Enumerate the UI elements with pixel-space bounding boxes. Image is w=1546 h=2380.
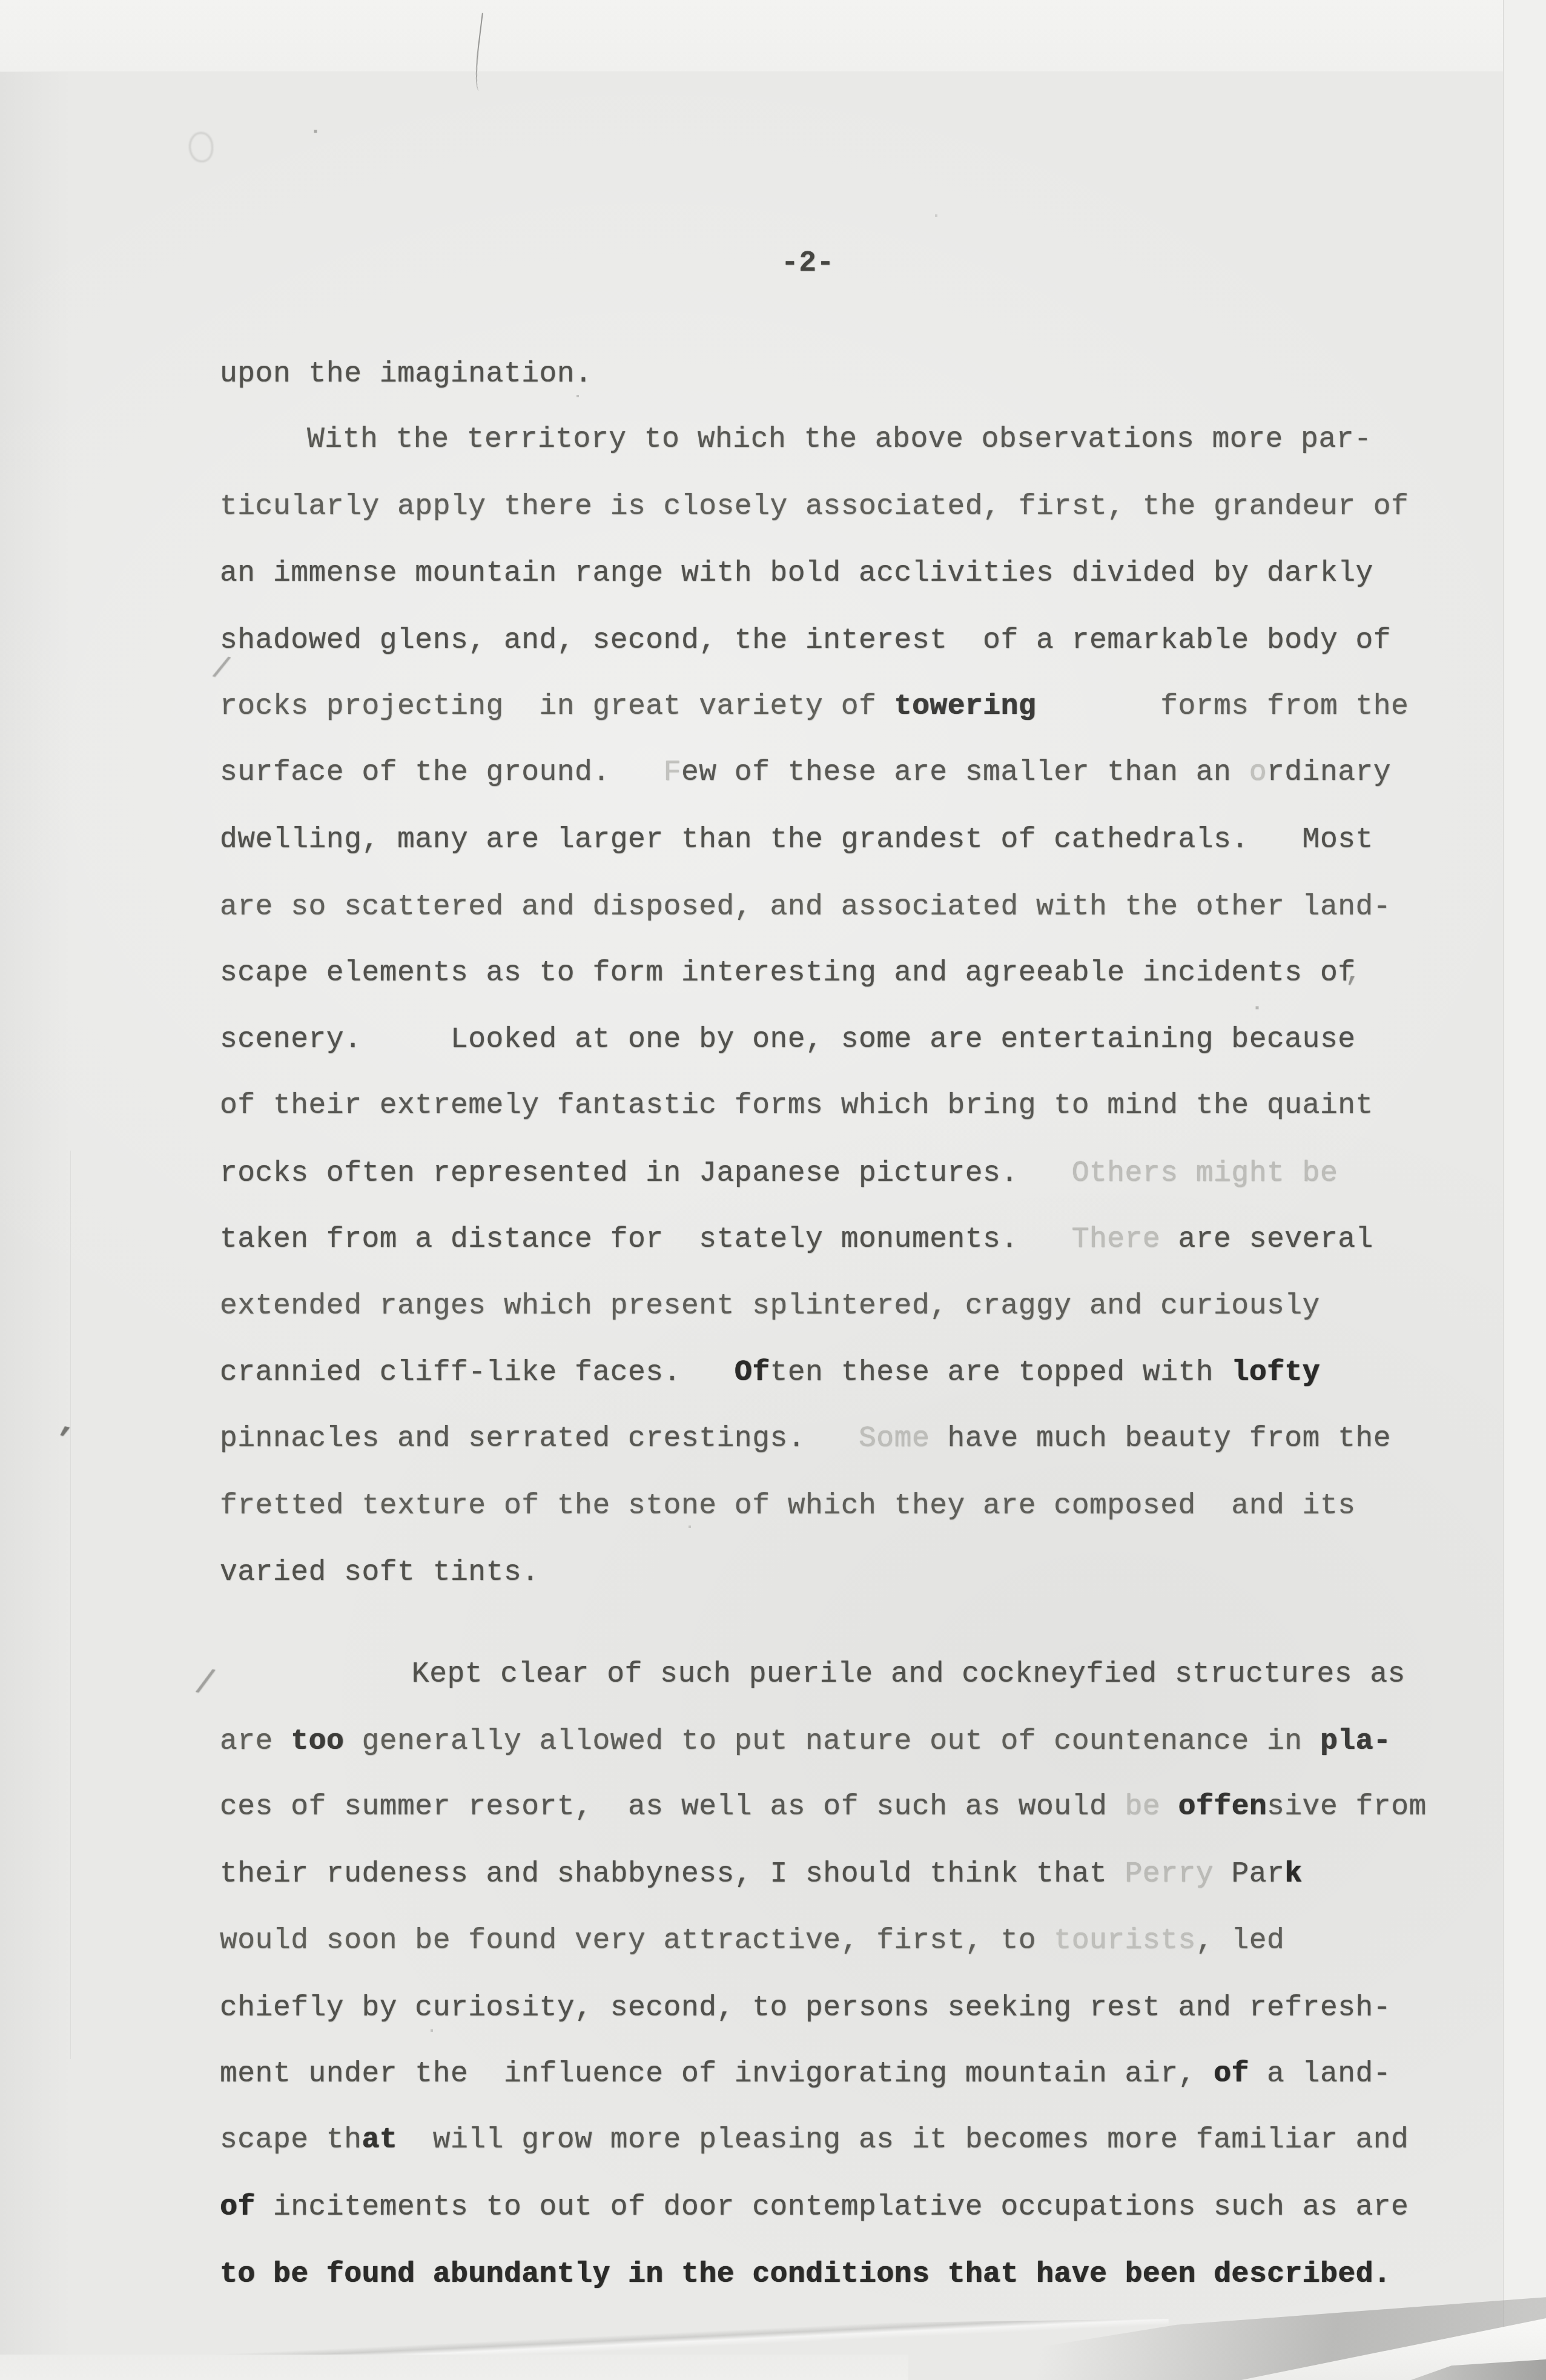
text-segment: Some (859, 1423, 930, 1455)
text-segment: ment under the influence of invigorating… (220, 2058, 1214, 2091)
text-line: are too generally allowed to put nature … (220, 1708, 1467, 1775)
text-line: taken from a distance for stately monume… (220, 1206, 1467, 1273)
text-segment: will grow more pleasing as it becomes mo… (397, 2124, 1409, 2157)
text-segment: at (362, 2124, 397, 2157)
text-segment: rdinary (1267, 756, 1391, 789)
text-segment: tourists (1054, 1925, 1195, 1957)
text-segment: k (1284, 1858, 1302, 1891)
text-segment: are several (1160, 1223, 1373, 1256)
text-line: would soon be found very attractive, fir… (220, 1908, 1467, 1974)
dust-specks (0, 0, 1, 1)
paper-texture-line (70, 1151, 71, 2059)
text-line: ces of summer resort, as well as of such… (220, 1774, 1467, 1840)
text-segment: too (291, 1725, 344, 1758)
text-line: scape elements as to form interesting an… (220, 940, 1467, 1007)
text-segment: of (1214, 2058, 1249, 2091)
text-segment: generally allowed to put nature out of c… (344, 1725, 1320, 1758)
text-line: pinnacles and serrated crestings. Some h… (220, 1406, 1467, 1472)
text-segment: Par (1214, 1858, 1284, 1891)
document-lines: upon the imagination.With the territory … (220, 340, 1467, 2307)
text-line: ticularly apply there is closely associa… (220, 474, 1467, 540)
text-line: With the territory to which the above ob… (220, 406, 1467, 473)
text-segment: to be found abundantly in the conditions… (220, 2258, 1391, 2291)
text-line: rocks often represented in Japanese pict… (220, 1140, 1467, 1207)
text-segment: have much beauty from the (930, 1423, 1391, 1455)
text-segment: pinnacles and serrated crestings. (220, 1423, 859, 1455)
text-segment: towering (894, 690, 1036, 723)
text-segment: Of (735, 1357, 770, 1389)
text-segment: Perry (1125, 1858, 1214, 1891)
text-segment: dwelling, many are larger than the grand… (220, 824, 1373, 856)
text-line: crannied cliff-like faces. Often these a… (220, 1340, 1467, 1406)
text-segment: varied soft tints. (220, 1556, 539, 1589)
text-line: surface of the ground. Few of these are … (220, 739, 1467, 806)
text-line: shadowed glens, and, second, the interes… (220, 607, 1467, 674)
page-number: -2- (781, 247, 834, 280)
text-segment: pla- (1320, 1725, 1391, 1758)
text-line: Kept clear of such puerile and cockneyfi… (220, 1641, 1467, 1708)
text-segment: crannied cliff-like faces. (220, 1357, 735, 1389)
text-segment: F (664, 756, 681, 789)
text-line: extended ranges which present splintered… (220, 1273, 1467, 1340)
text-segment: Others might be (1072, 1157, 1338, 1190)
text-segment: surface of the ground. (220, 756, 664, 789)
text-segment: an immense mountain range with bold accl… (220, 557, 1373, 590)
text-segment: There (1072, 1223, 1161, 1256)
text-segment: scape elements as to form interesting an… (220, 957, 1356, 990)
text-segment: lofty (1231, 1357, 1320, 1389)
text-line: their rudeness and shabbyness, I should … (220, 1841, 1467, 1908)
text-segment: taken from a distance for stately monume… (220, 1223, 1072, 1256)
text-line: varied soft tints. (220, 1539, 1467, 1606)
paper-bottom-edge (0, 2355, 908, 2380)
text-segment: ew of these are smaller than an (681, 756, 1249, 789)
text-segment: shadowed glens, and, second, the interes… (220, 624, 1391, 657)
text-line: are so scattered and disposed, and assoc… (220, 874, 1467, 940)
paper-right-edge (1503, 0, 1546, 2380)
text-segment: be (1125, 1791, 1178, 1823)
text-segment: extended ranges which present splintered… (220, 1290, 1320, 1323)
text-segment: upon the imagination. (220, 358, 592, 391)
text-segment: a land- (1249, 2058, 1391, 2091)
text-line: ment under the influence of invigorating… (220, 2041, 1467, 2107)
text-segment: ticularly apply there is closely associa… (220, 491, 1409, 523)
text-segment: scenery. Looked at one by one, some are … (220, 1023, 1356, 1056)
faint-ring-mark (189, 132, 213, 162)
text-line: an immense mountain range with bold accl… (220, 540, 1467, 607)
text-line: upon the imagination. (220, 341, 1467, 408)
text-segment: With the territory to which the above ob… (307, 423, 1372, 456)
text-segment: Kept clear of such puerile and cockneyfi… (412, 1658, 1406, 1691)
paper-top-edge (0, 0, 1546, 72)
text-segment: o (1249, 756, 1267, 789)
text-segment: their rudeness and shabbyness, I should … (220, 1858, 1125, 1891)
text-line: of their extremely fantastic forms which… (220, 1073, 1467, 1139)
text-line: fretted texture of the stone of which th… (220, 1473, 1467, 1539)
text-segment: are (220, 1725, 291, 1758)
text-line: scape that will grow more pleasing as it… (220, 2107, 1467, 2173)
text-segment: ces of summer resort, as well as of such… (220, 1791, 1125, 1823)
text-segment: rocks projecting in great variety of (220, 690, 894, 723)
text-segment: offen (1178, 1791, 1267, 1823)
text-line: of incitements to out of door contemplat… (220, 2174, 1467, 2241)
text-line: dwelling, many are larger than the grand… (220, 807, 1467, 873)
text-line: scenery. Looked at one by one, some are … (220, 1007, 1467, 1073)
text-segment: , led (1196, 1925, 1285, 1957)
scanned-document-page: { "document": { "page_number": "-2-", "c… (0, 0, 1546, 2380)
text-segment: ten these are topped with (770, 1357, 1231, 1389)
text-segment: of (220, 2191, 256, 2224)
text-line: rocks projecting in great variety of tow… (220, 673, 1467, 740)
text-segment: sive from (1267, 1791, 1427, 1823)
text-line: chiefly by curiosity, second, to persons… (220, 1975, 1467, 2041)
text-segment: rocks often represented in Japanese pict… (220, 1157, 1072, 1190)
text-segment: would soon be found very attractive, fir… (220, 1925, 1054, 1957)
text-segment: fretted texture of the stone of which th… (220, 1490, 1356, 1522)
text-line: to be found abundantly in the conditions… (220, 2241, 1467, 2308)
text-segment: incitements to out of door contemplative… (256, 2191, 1409, 2224)
text-segment: forms from the (1036, 690, 1409, 723)
text-segment: of their extremely fantastic forms which… (220, 1089, 1373, 1122)
text-segment: chiefly by curiosity, second, to persons… (220, 1992, 1391, 2025)
text-segment: scape th (220, 2124, 362, 2157)
text-segment: are so scattered and disposed, and assoc… (220, 891, 1391, 924)
